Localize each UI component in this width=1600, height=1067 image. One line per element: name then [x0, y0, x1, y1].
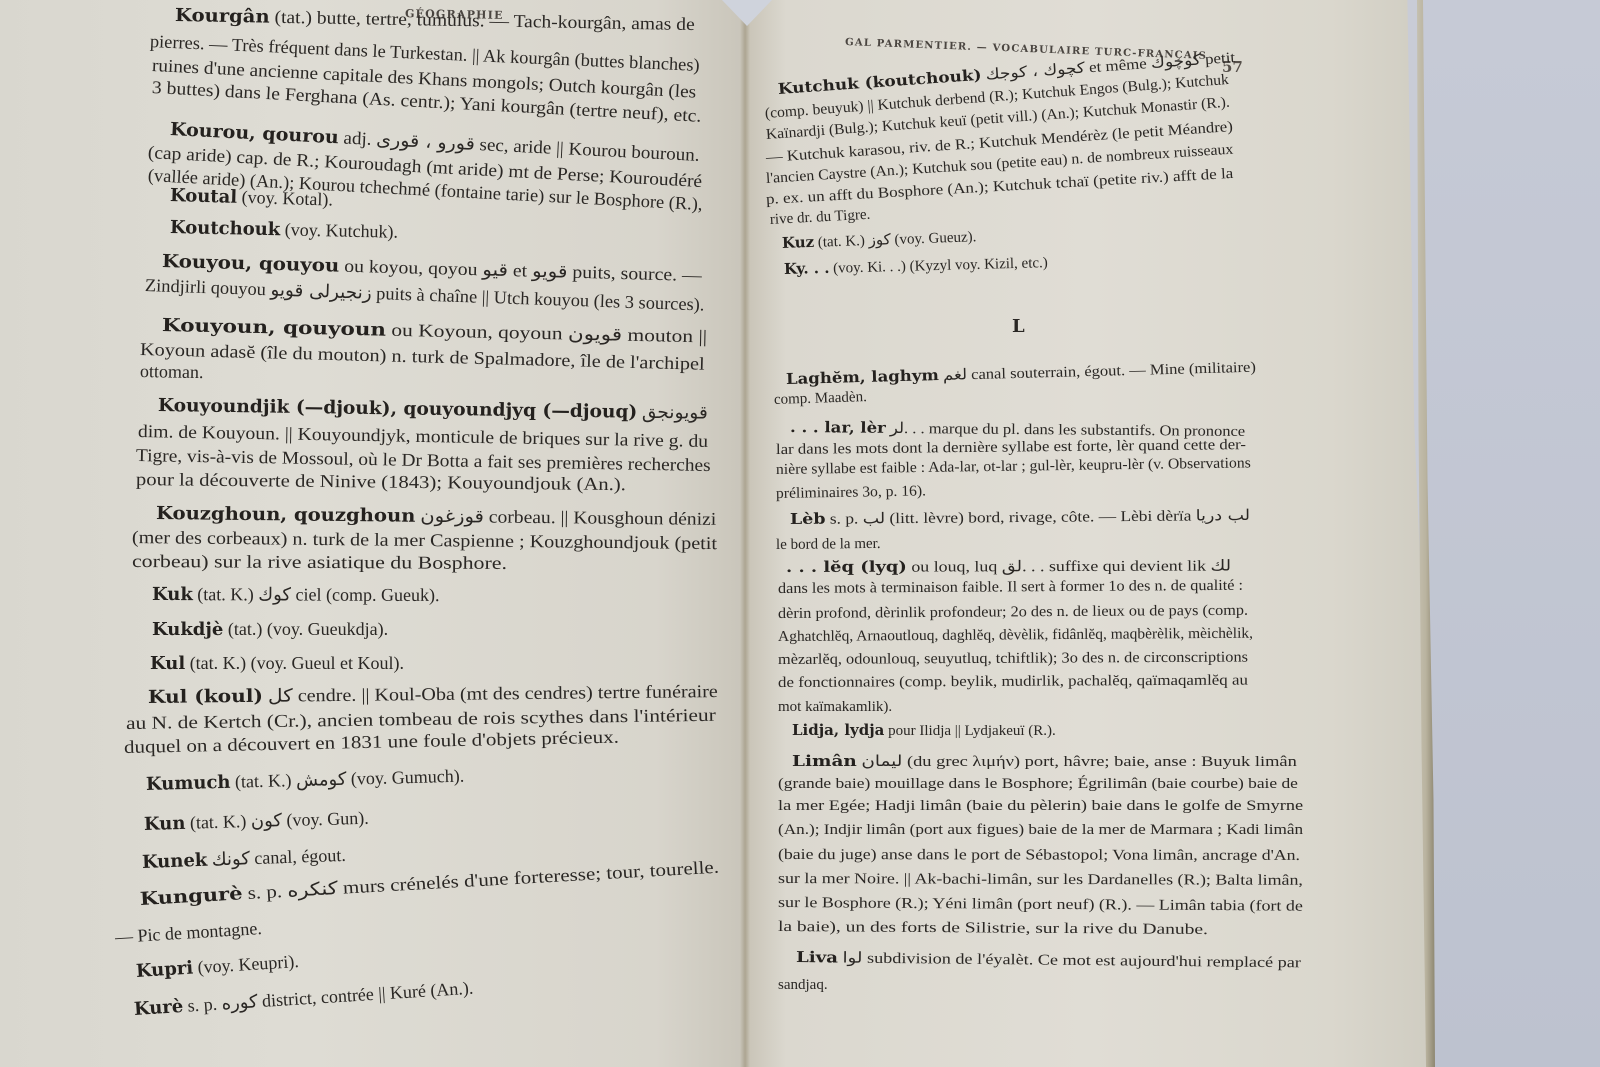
definition-text: pour Ilidja || Lydjakeuï (R.).	[884, 723, 1055, 739]
right-entry: Lidja, lydja pour Ilidja || Lydjakeuï (R…	[792, 723, 1056, 739]
headword: Kukdjè	[152, 619, 223, 640]
right-line: mèzarlĕq, odounlouq, seuyutluq, tchiftli…	[778, 651, 1248, 668]
headword: Limân	[792, 752, 857, 770]
headword: . . . lar, lèr	[790, 418, 886, 437]
right-line: sur la mer Noire. || Ak-bachi-limân, sur…	[778, 872, 1303, 889]
definition-text: قويونجق	[637, 402, 708, 423]
arabic-script: قوزغون	[420, 506, 484, 528]
definition-text: mot kaïmakamlik).	[778, 699, 892, 715]
headword: Kuz	[782, 233, 815, 252]
headword: Lidja, lydja	[792, 721, 884, 739]
background-surface	[1420, 0, 1600, 1067]
right-line: mot kaïmakamlik).	[778, 700, 892, 715]
definition-text: mèzarlĕq, odounlouq, seuyutluq, tchiftli…	[778, 650, 1248, 668]
definition-text: (tat. K.) كوك ciel (comp. Gueuk).	[193, 584, 440, 605]
headword: Koutchouk	[170, 217, 281, 240]
right-line: (grande baie) mouillage dans le Bosphore…	[778, 777, 1298, 792]
right-line: la mer Egée; Hadji limân (baie du pèleri…	[778, 799, 1303, 814]
headword: Lèb	[790, 510, 826, 528]
arabic-script: لك	[1210, 556, 1231, 574]
definition-text: comp. Maadèn.	[774, 389, 867, 408]
definition-text: (tat.) (voy. Gueukdja).	[223, 619, 388, 639]
left-entry: Kukdjè (tat.) (voy. Gueukdja).	[152, 620, 388, 639]
definition-text: (grande baie) mouillage dans le Bosphore…	[778, 776, 1298, 792]
headword: Kouzghoun, qouzghoun	[156, 503, 416, 527]
arabic-script: لغم	[943, 365, 967, 384]
definition-text: le bord de la mer.	[776, 536, 881, 553]
definition-text: ou louq, luq لق. . . suffixe qui devient…	[907, 558, 1231, 575]
arabic-script: قيو	[482, 259, 508, 281]
right-line: la baie), un des forts de Silistrie, sur…	[778, 920, 1208, 938]
headword: Ky. . .	[784, 259, 830, 278]
definition-text: Aghatchlĕq, Arnaoutlouq, daghlĕq, dèvèli…	[778, 626, 1253, 645]
right-entry: . . . lĕq (lyq) ou louq, luq لق. . . suf…	[786, 558, 1231, 576]
arabic-script: كوك	[258, 584, 291, 605]
definition-text: dans les mots à terminaison faible. Il s…	[778, 578, 1243, 597]
right-entry: Limân ليمان (du grec λιμήν) port, hâvre;…	[792, 754, 1297, 770]
definition-text: (voy. Kotal).	[237, 187, 333, 210]
definition-text: (voy. Kutchuk).	[280, 219, 398, 241]
definition-text: ليمان (du grec λιμήν) port, hâvre; baie,…	[857, 754, 1297, 770]
left-entry: Koutchouk (voy. Kutchuk).	[170, 218, 398, 242]
right-line: comp. Maadèn.	[774, 390, 867, 408]
left-line: ottoman.	[140, 362, 204, 381]
arabic-script: قويون	[568, 324, 623, 346]
headword: Kourgân	[175, 5, 270, 28]
definition-text: (An.); Indjir limân (port aux figues) ba…	[778, 822, 1303, 838]
definition-text: préliminaires 3o, p. 16).	[776, 483, 926, 502]
arabic-script: زنجيرلى قويو	[270, 279, 372, 304]
definition-text: la baie), un des forts de Silistrie, sur…	[778, 919, 1208, 938]
section-letter: L	[1012, 316, 1025, 337]
headword: . . . lĕq (lyq)	[786, 558, 907, 576]
arabic-script: كوز	[868, 230, 891, 249]
left-line: corbeau) sur la rive asiatique du Bospho…	[132, 552, 507, 572]
arabic-script: لوا	[842, 948, 862, 966]
arabic-script: ليمان	[861, 752, 902, 770]
definition-text: la mer Egée; Hadji limân (baie du pèleri…	[778, 798, 1303, 814]
definition-text: ottoman.	[140, 361, 204, 382]
book-gutter	[740, 0, 750, 1067]
arabic-script: لر	[890, 419, 904, 437]
arabic-script: كون	[251, 810, 283, 832]
right-line: sandjaq.	[778, 978, 828, 993]
right-line: le bord de la mer.	[776, 537, 881, 553]
headword: Kul (koul)	[148, 686, 263, 708]
arabic-script: كونك	[211, 848, 250, 870]
definition-text: sur la mer Noire. || Ak-bachi-limân, sur…	[778, 871, 1303, 889]
right-line: de fonctionnaires (comp. beylik, mudirli…	[778, 674, 1248, 691]
left-entry: Kuk (tat. K.) كوك ciel (comp. Gueuk).	[152, 585, 440, 605]
definition-text: dèrin profond, dèrinlik profondeur; 2o d…	[778, 603, 1248, 622]
definition-text: de fonctionnaires (comp. beylik, mudirli…	[778, 673, 1248, 691]
arabic-script: لق	[1002, 557, 1022, 575]
definition-text: (tat. K.) (voy. Gueul et Koul).	[185, 653, 404, 673]
right-line: (baie du juge) anse dans le port de Séba…	[778, 848, 1300, 864]
headword: Kun	[144, 813, 186, 835]
arabic-script: كوره	[221, 991, 258, 1014]
headword: Kurè	[133, 996, 184, 1020]
headword: Kunek	[142, 850, 208, 873]
definition-text: (baie du juge) anse dans le port de Séba…	[778, 847, 1300, 864]
arabic-script: قويو	[532, 261, 568, 283]
definition-text: sandjaq.	[778, 977, 828, 993]
headword: Kul	[150, 653, 185, 674]
arabic-script: لب	[863, 509, 886, 527]
right-line: (An.); Indjir limân (port aux figues) ba…	[778, 823, 1303, 838]
headword: Kumuch	[146, 772, 231, 795]
right-line: préliminaires 3o, p. 16).	[776, 484, 926, 502]
definition-text: قوزغون corbeau. || Kousghoun dénizi	[415, 506, 716, 529]
headword: Kupri	[135, 958, 193, 982]
arabic-script: كوچوك	[1150, 50, 1201, 71]
arabic-script: لب دريا	[1196, 506, 1250, 524]
headword: Liva	[796, 948, 838, 966]
left-line: pour la découverte de Ninive (1843); Kou…	[136, 470, 626, 493]
headword: Kuk	[152, 584, 193, 605]
arabic-script: كل	[268, 685, 293, 706]
arabic-script: كنكره	[287, 878, 339, 902]
arabic-script: قويونجق	[642, 402, 708, 424]
definition-text: corbeau) sur la rive asiatique du Bospho…	[132, 551, 507, 573]
headword: Koutal	[170, 185, 238, 208]
left-entry: Kul (tat. K.) (voy. Gueul et Koul).	[150, 654, 404, 673]
left-entry: Koutal (voy. Kotal).	[170, 186, 333, 210]
arabic-script: كومش	[296, 769, 347, 791]
